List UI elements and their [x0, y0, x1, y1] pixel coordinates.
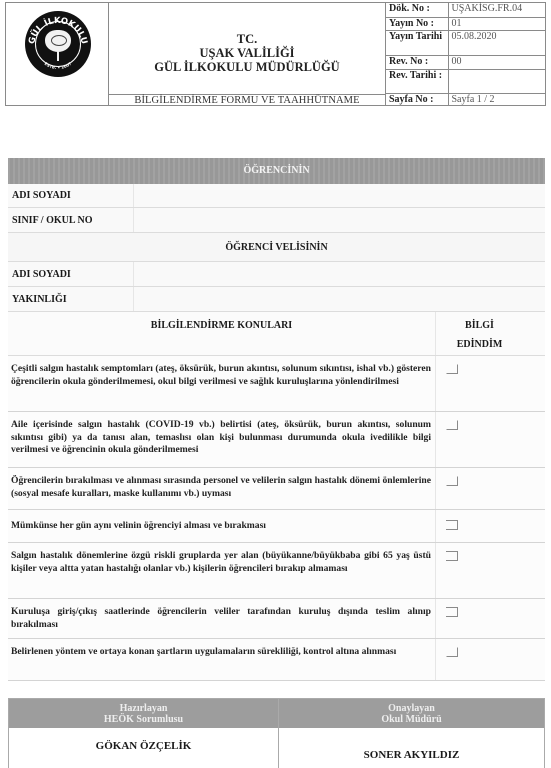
information-form: ÖĞRENCİNİN ADI SOYADI SINIF / OKUL NO ÖĞ…	[8, 158, 545, 681]
acknowledge-checkbox[interactable]	[446, 647, 458, 657]
approved-by-name: SONER AKYILDIZ	[279, 749, 544, 761]
school-rose-emblem-icon: GÜL İLKOKULU ESTB. • 2007	[25, 11, 91, 77]
topic-text: Salgın hastalık dönemlerine özgü riskli …	[8, 543, 436, 598]
prepared-by-title: Hazırlayan	[9, 703, 278, 714]
meta-value: 01	[448, 17, 545, 30]
student-class-field[interactable]	[134, 208, 545, 232]
meta-key: Dök. No :	[386, 3, 448, 17]
topic-row: Salgın hastalık dönemlerine özgü riskli …	[8, 543, 545, 599]
guardian-relation-field[interactable]	[134, 287, 545, 311]
document-header: GÜL İLKOKULU ESTB. • 2007 TC. UŞAK VALİL…	[5, 2, 546, 106]
guardian-name-row: ADI SOYADI	[8, 262, 545, 287]
rose-icon	[45, 30, 71, 52]
title-line-governorship: UŞAK VALİLİĞİ	[109, 46, 385, 60]
student-section-title: ÖĞRENCİNİN	[8, 158, 545, 184]
topic-text: Öğrencilerin bırakılması ve alınması sır…	[8, 468, 436, 509]
guardian-relation-label: YAKINLIĞI	[8, 287, 134, 311]
prepared-by-column: Hazırlayan HEÖK Sorumlusu GÖKAN ÖZÇELİK	[9, 699, 279, 768]
logo-cell: GÜL İLKOKULU ESTB. • 2007	[6, 3, 109, 105]
topic-text: Kuruluşa giriş/çıkış saatlerinde öğrenci…	[8, 599, 436, 638]
guardian-name-label: ADI SOYADI	[8, 262, 134, 286]
document-meta-table: Dök. No :UŞAKİSG.FR.04 Yayın No :01 Yayı…	[385, 3, 545, 105]
student-name-label: ADI SOYADI	[8, 184, 134, 207]
acknowledge-checkbox[interactable]	[446, 476, 458, 486]
meta-key: Yayın Tarihi	[386, 30, 448, 55]
guardian-relation-row: YAKINLIĞI	[8, 287, 545, 312]
meta-key: Sayfa No :	[386, 93, 448, 105]
ack-header-line1: BİLGİ	[436, 316, 523, 335]
form-name: BİLGİLENDİRME FORMU VE TAAHHÜTNAME	[109, 94, 385, 105]
topics-header: BİLGİLENDİRME KONULARI BİLGİ EDİNDİM	[8, 312, 545, 356]
topic-text: Çeşitli salgın hastalık semptomları (ate…	[8, 356, 436, 411]
topic-row: Kuruluşa giriş/çıkış saatlerinde öğrenci…	[8, 599, 545, 639]
prepared-by-role: HEÖK Sorumlusu	[9, 714, 278, 725]
student-class-row: SINIF / OKUL NO	[8, 208, 545, 233]
student-class-label: SINIF / OKUL NO	[8, 208, 134, 232]
prepared-by-name: GÖKAN ÖZÇELİK	[9, 740, 278, 752]
meta-key: Yayın No :	[386, 17, 448, 30]
topic-text: Aile içerisinde salgın hastalık (COVID-1…	[8, 412, 436, 467]
meta-value: 05.08.2020	[448, 30, 545, 55]
topics-column-header: BİLGİLENDİRME KONULARI	[8, 312, 436, 355]
signature-table: Hazırlayan HEÖK Sorumlusu GÖKAN ÖZÇELİK …	[8, 698, 545, 768]
acknowledge-checkbox[interactable]	[446, 551, 458, 561]
title-line-tc: TC.	[109, 32, 385, 46]
topic-row: Öğrencilerin bırakılması ve alınması sır…	[8, 468, 545, 510]
meta-value: 00	[448, 55, 545, 69]
title-line-school: GÜL İLKOKULU MÜDÜRLÜĞÜ	[109, 60, 385, 74]
approved-by-title: Onaylayan	[279, 703, 544, 714]
approved-by-role: Okul Müdürü	[279, 714, 544, 725]
meta-key: Rev. No :	[386, 55, 448, 69]
topic-text: Mümkünse her gün aynı velinin öğrenciyi …	[8, 510, 436, 542]
topic-row: Çeşitli salgın hastalık semptomları (ate…	[8, 356, 545, 412]
acknowledged-column-header: BİLGİ EDİNDİM	[436, 312, 545, 355]
rose-stem-icon	[57, 51, 59, 61]
approved-by-header: Onaylayan Okul Müdürü	[279, 699, 544, 728]
prepared-by-header: Hazırlayan HEÖK Sorumlusu	[9, 699, 278, 728]
meta-value: Sayfa 1 / 2	[448, 93, 545, 105]
acknowledge-checkbox[interactable]	[446, 420, 458, 430]
guardian-name-field[interactable]	[134, 262, 545, 286]
acknowledge-checkbox[interactable]	[446, 520, 458, 530]
topic-row: Belirlenen yöntem ve ortaya konan şartla…	[8, 639, 545, 681]
meta-value	[448, 69, 545, 93]
institution-title: TC. UŞAK VALİLİĞİ GÜL İLKOKULU MÜDÜRLÜĞÜ	[109, 3, 385, 94]
student-name-row: ADI SOYADI	[8, 184, 545, 208]
acknowledge-checkbox[interactable]	[446, 607, 458, 617]
student-name-field[interactable]	[134, 184, 545, 207]
approved-by-column: Onaylayan Okul Müdürü SONER AKYILDIZ	[279, 699, 544, 768]
ack-header-line2: EDİNDİM	[436, 335, 523, 354]
meta-key: Rev. Tarihi :	[386, 69, 448, 93]
topic-row: Aile içerisinde salgın hastalık (COVID-1…	[8, 412, 545, 468]
meta-value: UŞAKİSG.FR.04	[448, 3, 545, 17]
topic-text: Belirlenen yöntem ve ortaya konan şartla…	[8, 639, 436, 680]
acknowledge-checkbox[interactable]	[446, 364, 458, 374]
guardian-section-title: ÖĞRENCİ VELİSİNİN	[8, 233, 545, 262]
topic-row: Mümkünse her gün aynı velinin öğrenciyi …	[8, 510, 545, 543]
